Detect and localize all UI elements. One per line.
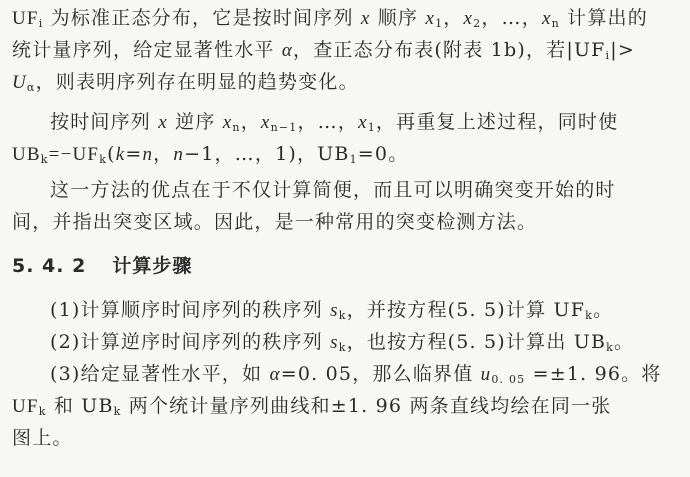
subscript: 1 xyxy=(350,153,358,166)
subscript: n−1 xyxy=(271,121,298,134)
math-var: α xyxy=(282,40,293,61)
text: ，则表明序列存在明显的趋势变化。 xyxy=(36,71,359,93)
step-3-line-3: 图上。 xyxy=(12,426,73,450)
subscript: 1 xyxy=(368,121,376,134)
subscript: α xyxy=(27,81,36,94)
math-var: x xyxy=(158,112,168,133)
text: ， xyxy=(241,111,261,133)
math-var: x xyxy=(542,8,552,29)
paragraph-1-line-2: 统计量序列，给定显著性水平 α，查正态分布表(附表 1b)，若|UFi|> xyxy=(12,38,635,63)
section-heading: 5. 4. 2计算步骤 xyxy=(12,254,192,278)
text: ，并按方程(5. 5)计算 UF xyxy=(347,299,586,321)
math-var: s xyxy=(330,300,339,321)
math-var: α xyxy=(270,364,281,385)
subscript: k xyxy=(39,405,47,418)
text: UF xyxy=(12,8,39,29)
paragraph-3-line-2: 间，并指出突变区域。因此，是一种常用的突变检测方法。 xyxy=(12,210,537,234)
subscript: 0. 05 xyxy=(491,373,525,386)
step-3-line-2: UFk 和 UBk 两个统计量序列曲线和±1. 96 两条直线均绘在同一张 xyxy=(12,394,611,419)
math-var: x xyxy=(361,8,371,29)
text: (3)给定显著性水平，如 xyxy=(50,363,270,385)
text: UB xyxy=(12,144,41,165)
math-var: x xyxy=(223,112,233,133)
step-1: (1)计算顺序时间序列的秩序列 sk，并按方程(5. 5)计算 UFk。 xyxy=(50,298,613,323)
text: ，也按方程(5. 5)计算出 UB xyxy=(347,331,607,353)
text: ，再重复上述过程，同时使 xyxy=(376,111,618,133)
subscript: k xyxy=(99,153,107,166)
subscript: k xyxy=(339,341,347,354)
text: 逆序 xyxy=(168,111,223,133)
text: =0. 05，那么临界值 xyxy=(281,363,481,385)
text: =0。 xyxy=(358,143,409,165)
subscript: n xyxy=(232,121,240,134)
math-var: n xyxy=(142,144,153,165)
subscript: k xyxy=(339,309,347,322)
text: UF xyxy=(12,396,39,417)
math-var: x xyxy=(425,8,435,29)
text: 。 xyxy=(593,299,613,321)
text: ，…， xyxy=(297,111,358,133)
paragraph-3-line-1: 这一方法的优点在于不仅计算简便，而且可以明确突变开始的时 xyxy=(50,178,616,202)
step-3-line-1: (3)给定显著性水平，如 α=0. 05，那么临界值 u0. 05 =±1. 9… xyxy=(50,362,662,387)
text: ，查正态分布表(附表 1b)，若|UF xyxy=(293,39,606,61)
subscript: k xyxy=(114,405,122,418)
text: (1)计算顺序时间序列的秩序列 xyxy=(50,299,330,321)
text: |> xyxy=(610,39,635,61)
text: ( xyxy=(107,143,116,165)
text: 和 UB xyxy=(47,395,114,417)
subscript: k xyxy=(606,341,614,354)
step-2: (2)计算逆序时间序列的秩序列 sk，也按方程(5. 5)计算出 UBk。 xyxy=(50,330,634,355)
subscript: k xyxy=(41,153,49,166)
math-var: U xyxy=(12,72,27,93)
paragraph-1-line-3: Uα，则表明序列存在明显的趋势变化。 xyxy=(12,70,359,95)
paragraph-2-line-1: 按时间序列 x 逆序 xn，xn−1，…，x1，再重复上述过程，同时使 xyxy=(50,110,618,135)
text: 计算出的 xyxy=(560,7,648,29)
subscript: n xyxy=(552,17,560,30)
section-number: 5. 4. 2 xyxy=(12,255,86,277)
text: 统计量序列，给定显著性水平 xyxy=(12,39,282,61)
text: 按时间序列 xyxy=(50,111,158,133)
math-var: x xyxy=(261,112,271,133)
math-var: u xyxy=(481,364,492,385)
text: ，…， xyxy=(481,7,542,29)
text: ， xyxy=(443,7,463,29)
text: 两个统计量序列曲线和±1. 96 两条直线均绘在同一张 xyxy=(122,395,612,417)
math-var: k xyxy=(116,144,126,165)
subscript: k xyxy=(585,309,593,322)
text: =±1. 96。将 xyxy=(525,363,661,385)
text: −1，…，1)，UB xyxy=(184,143,350,165)
math-var: x xyxy=(463,8,473,29)
section-title: 计算步骤 xyxy=(112,255,192,277)
math-var: s xyxy=(330,332,339,353)
math-var: n xyxy=(173,144,184,165)
text: 。 xyxy=(614,331,634,353)
math-var: x xyxy=(358,112,368,133)
text: = xyxy=(125,143,142,165)
text: (2)计算逆序时间序列的秩序列 xyxy=(50,331,330,353)
text: ， xyxy=(153,143,173,165)
text: 顺序 xyxy=(371,7,426,29)
paragraph-2-line-2: UBk=−UFk(k=n，n−1，…，1)，UB1=0。 xyxy=(12,142,408,167)
text: 为标准正态分布，它是按时间序列 xyxy=(43,7,360,29)
paragraph-1-line-1: UFi 为标准正态分布，它是按时间序列 x 顺序 x1，x2，…，xn 计算出的 xyxy=(12,6,648,31)
text: =−UF xyxy=(49,144,100,165)
